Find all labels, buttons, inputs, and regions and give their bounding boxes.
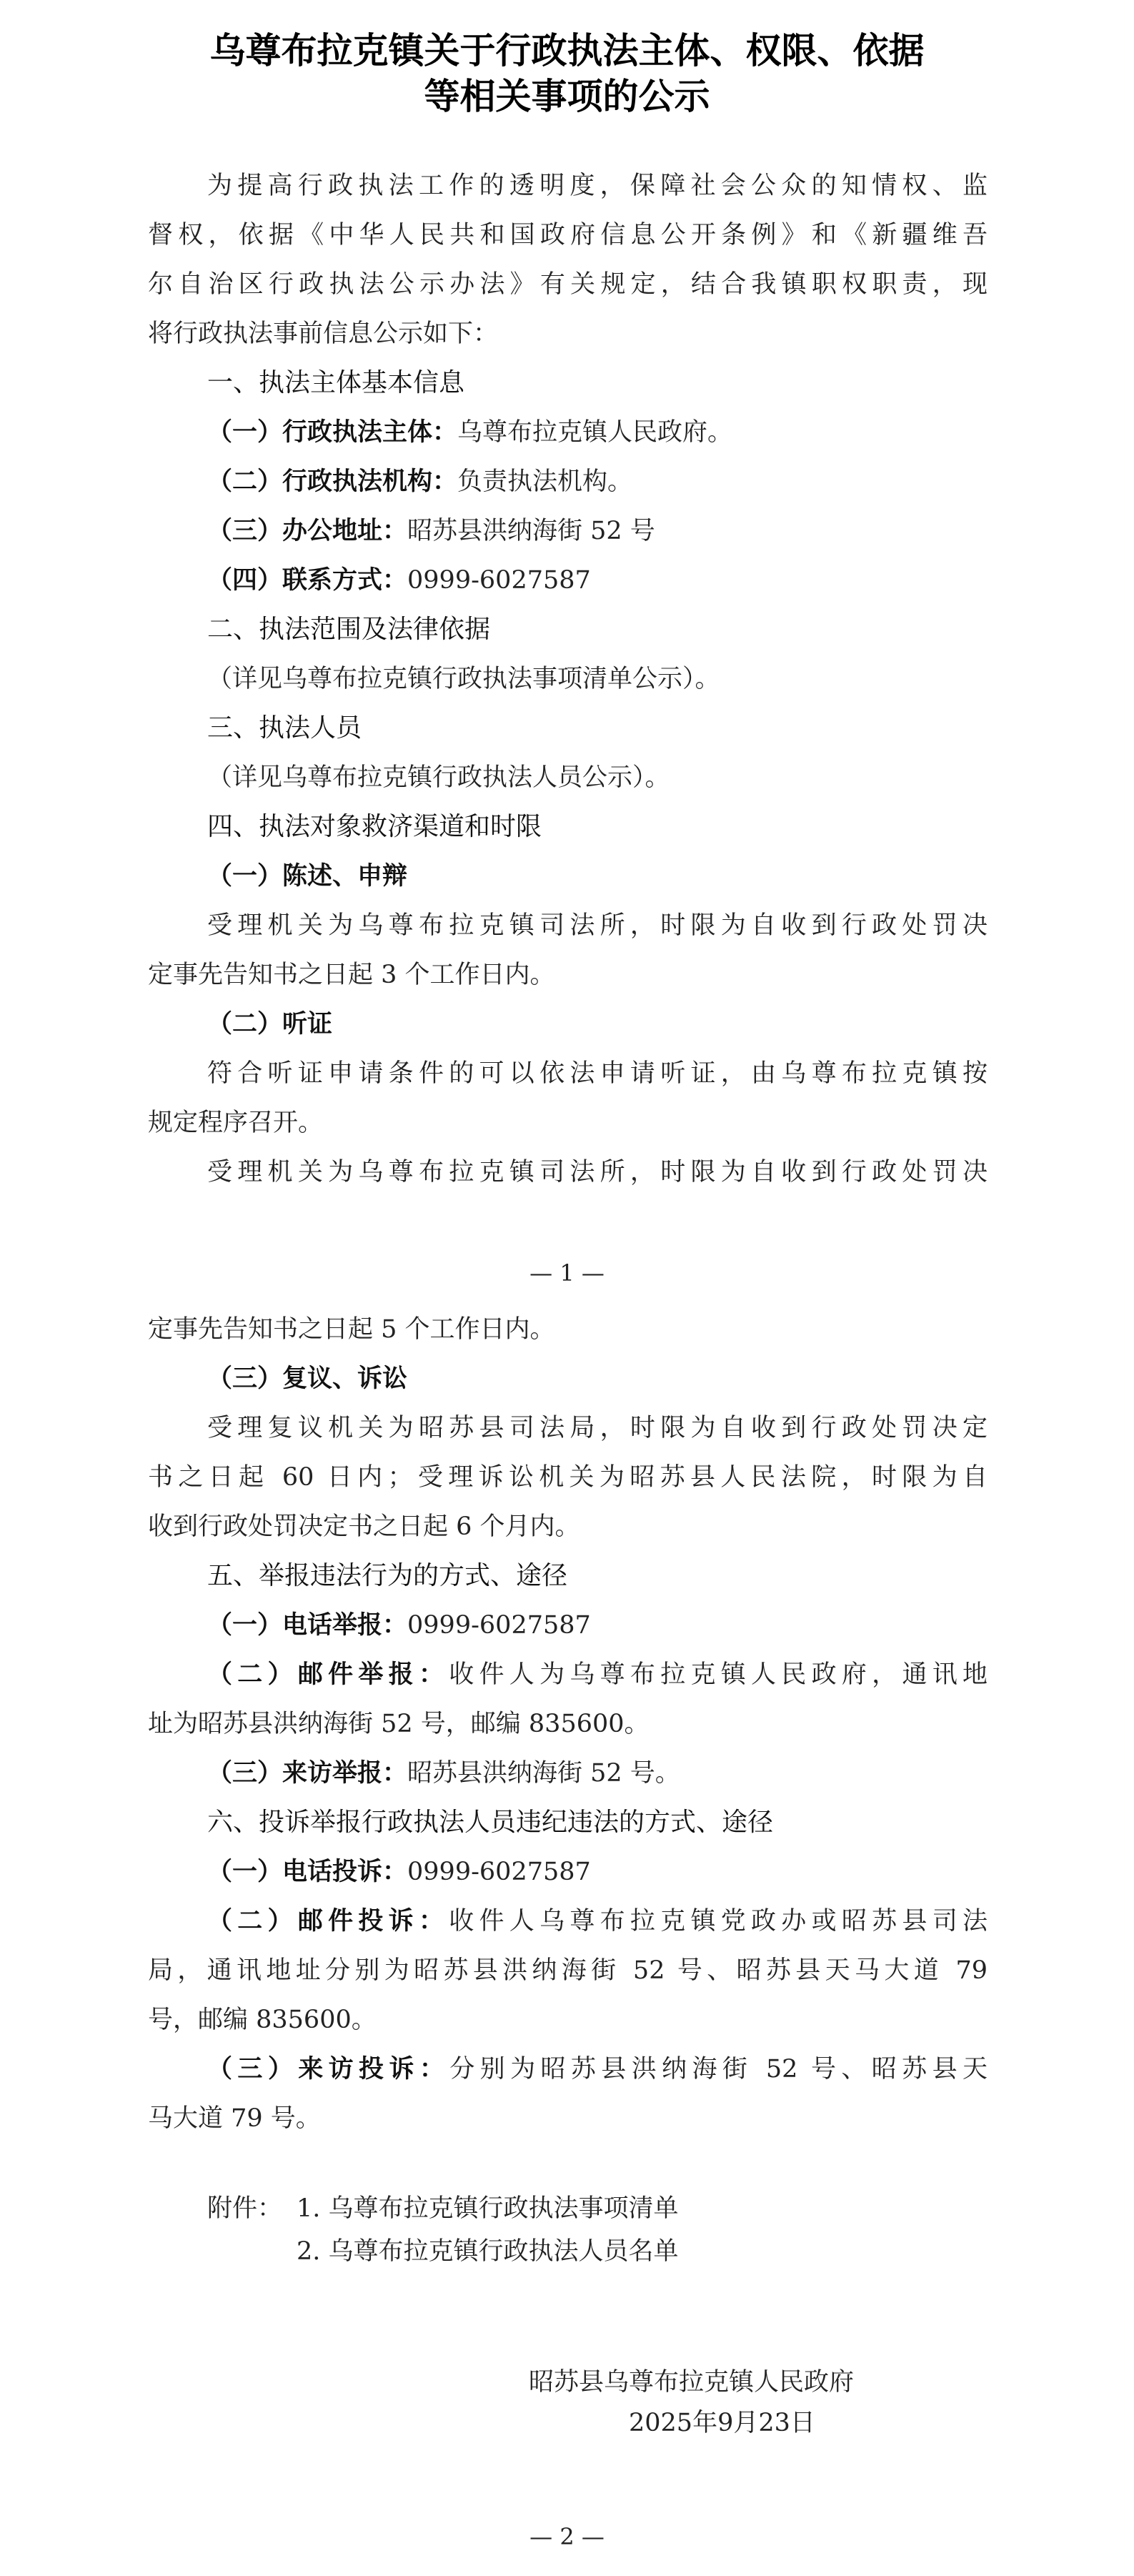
- s6-item-3-cont: 马大道 79 号。: [148, 2103, 988, 2134]
- sub-label: （三）复议、诉讼: [207, 1364, 407, 1393]
- document-title-line-2: 等相关事项的公示: [0, 73, 1134, 120]
- section-heading-3: 三、执法人员: [207, 713, 988, 744]
- s6-item-1: （一）电话投诉：0999-6027587: [207, 1856, 988, 1888]
- s4-sub2-text: 定事先告知书之日起 5 个工作日内。: [148, 1314, 988, 1345]
- s4-sub2-text: 符合听证申请条件的可以依法申请听证，由乌尊布拉克镇按: [207, 1058, 988, 1089]
- s1-item-3: （三）办公地址：昭苏县洪纳海街 52 号: [207, 515, 988, 547]
- item-label: （三）办公地址：: [207, 517, 407, 545]
- attachment-item-1[interactable]: 1. 乌尊布拉克镇行政执法事项清单: [297, 2189, 679, 2224]
- s2-note: （详见乌尊布拉克镇行政执法事项清单公示）。: [207, 663, 988, 695]
- sub-label: （一）陈述、申辩: [207, 862, 407, 891]
- item-label: （四）联系方式：: [207, 566, 407, 595]
- item-value: 昭苏县洪纳海街 52 号。: [407, 1759, 680, 1788]
- s1-item-1: （一）行政执法主体：乌尊布拉克镇人民政府。: [207, 417, 988, 448]
- s6-item-3: （三）来访投诉：分别为昭苏县洪纳海街 52 号、昭苏县天: [207, 2054, 988, 2085]
- item-label: （二）邮件举报：: [207, 1660, 449, 1689]
- item-value: 昭苏县洪纳海街 52 号: [407, 517, 655, 545]
- s4-sub1-label: （一）陈述、申辩: [207, 861, 988, 892]
- section-heading-6: 六、投诉举报行政执法人员违纪违法的方式、途径: [207, 1807, 988, 1838]
- section-heading-2: 二、执法范围及法律依据: [207, 614, 988, 645]
- s4-sub3-label: （三）复议、诉讼: [207, 1363, 988, 1394]
- sub-label: （二）听证: [207, 1010, 332, 1039]
- item-value: 乌尊布拉克镇人民政府。: [457, 418, 732, 447]
- s4-sub3-text: 书之日起 60 日内；受理诉讼机关为昭苏县人民法院，时限为自: [148, 1462, 988, 1493]
- signature-date: 2025年9月23日: [629, 2403, 815, 2439]
- s4-sub2-text: 受理机关为乌尊布拉克镇司法所，时限为自收到行政处罚决: [207, 1156, 988, 1188]
- item-value: 负责执法机构。: [457, 467, 632, 496]
- item-label: （一）电话投诉：: [207, 1858, 407, 1886]
- item-value: 收件人为乌尊布拉克镇人民政府，通讯地: [449, 1660, 988, 1689]
- item-value: 收件人乌尊布拉克镇党政办或昭苏县司法: [449, 1907, 988, 1936]
- item-value: 0999-6027587: [407, 1611, 591, 1640]
- intro-line: 尔自治区行政执法公示办法》有关规定，结合我镇职权职责，现: [148, 269, 988, 300]
- section-heading-4: 四、执法对象救济渠道和时限: [207, 811, 988, 843]
- section-heading-1: 一、执法主体基本信息: [207, 367, 988, 399]
- item-label: （一）行政执法主体：: [207, 418, 457, 447]
- s5-item-2: （二）邮件举报：收件人为乌尊布拉克镇人民政府，通讯地: [207, 1659, 988, 1690]
- item-value: 0999-6027587: [407, 566, 591, 595]
- s4-sub3-text: 收到行政处罚决定书之日起 6 个月内。: [148, 1511, 988, 1542]
- item-value: 分别为昭苏县洪纳海街 52 号、昭苏县天: [449, 2055, 988, 2084]
- item-label: （三）来访举报：: [207, 1759, 407, 1788]
- page-number-2: — 2 —: [0, 2523, 1134, 2550]
- intro-line: 将行政执法事前信息公示如下：: [148, 318, 988, 350]
- attachments-prefix: 附件：: [207, 2189, 282, 2224]
- s4-sub1-text: 定事先告知书之日起 3 个工作日内。: [148, 959, 988, 991]
- s4-sub3-text: 受理复议机关为昭苏县司法局，时限为自收到行政处罚决定: [207, 1412, 988, 1444]
- s3-note: （详见乌尊布拉克镇行政执法人员公示）。: [207, 762, 988, 793]
- s6-item-2: （二）邮件投诉：收件人乌尊布拉克镇党政办或昭苏县司法: [207, 1906, 988, 1937]
- s1-item-2: （二）行政执法机构：负责执法机构。: [207, 466, 988, 497]
- document-title-line-1: 乌尊布拉克镇关于行政执法主体、权限、依据: [0, 27, 1134, 74]
- item-label: （二）行政执法机构：: [207, 467, 457, 496]
- s6-item-2-cont: 号，邮编 835600。: [148, 2004, 988, 2036]
- s5-item-1: （一）电话举报：0999-6027587: [207, 1610, 988, 1641]
- section-heading-5: 五、举报违法行为的方式、途径: [207, 1560, 988, 1592]
- intro-line: 为提高行政执法工作的透明度，保障社会公众的知情权、监: [207, 170, 988, 202]
- s5-item-2-cont: 址为昭苏县洪纳海街 52 号，邮编 835600。: [148, 1708, 988, 1740]
- page-number-1: — 1 —: [0, 1259, 1134, 1287]
- s1-item-4: （四）联系方式：0999-6027587: [207, 565, 988, 596]
- item-value: 0999-6027587: [407, 1858, 591, 1886]
- s6-item-2-cont: 局，通讯地址分别为昭苏县洪纳海街 52 号、昭苏县天马大道 79: [148, 1955, 988, 1986]
- item-label: （二）邮件投诉：: [207, 1907, 449, 1936]
- s4-sub2-text: 规定程序召开。: [148, 1107, 988, 1139]
- item-label: （三）来访投诉：: [207, 2055, 449, 2084]
- s4-sub2-label: （二）听证: [207, 1009, 988, 1040]
- intro-line: 督权，依据《中华人民共和国政府信息公开条例》和《新疆维吾: [148, 219, 988, 251]
- attachment-item-2[interactable]: 2. 乌尊布拉克镇行政执法人员名单: [297, 2231, 679, 2267]
- s4-sub1-text: 受理机关为乌尊布拉克镇司法所，时限为自收到行政处罚决: [207, 910, 988, 941]
- item-label: （一）电话举报：: [207, 1611, 407, 1640]
- signature-organization: 昭苏县乌尊布拉克镇人民政府: [529, 2362, 854, 2398]
- s5-item-3: （三）来访举报：昭苏县洪纳海街 52 号。: [207, 1758, 988, 1789]
